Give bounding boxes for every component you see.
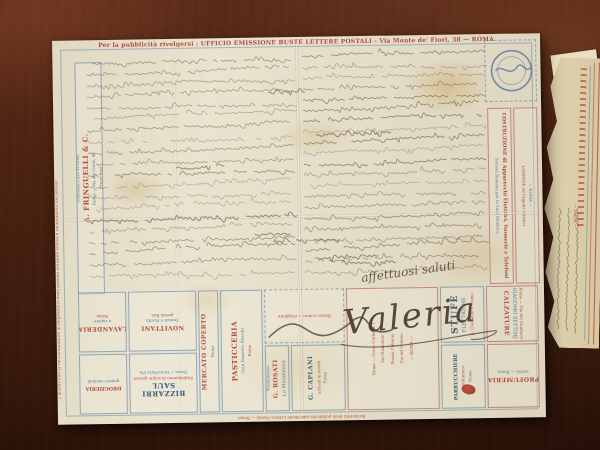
ad-foot: Prezzi fissi <box>99 167 104 189</box>
ad-line2: COSTRUZIONE di Apparecchi Elettrici, Suo… <box>500 113 508 279</box>
ad-title: G. CAPLANI <box>308 356 316 400</box>
ad-sub: Tessuti e Novità <box>146 317 179 322</box>
ad-title: A. FRINGUELLI & C. <box>82 134 91 224</box>
ad-drogheria: DROGHERIA generi coloniali <box>79 354 128 415</box>
ad-fringuelli-content: Premiata Casa di Mode A. FRINGUELLI & C.… <box>75 63 104 293</box>
ad-sub: articoli di novità <box>317 361 322 394</box>
ad-novittani-content: NOVITTANI Tessuti e Novità prezzi fissi <box>129 292 196 351</box>
ad-calzature-content: CALZATURE GIACOMO SETTIMJ Roma — Via del… <box>487 286 538 341</box>
ad-bizzarri-content: BIZZARRI SAUL Stabilimento di acque gazo… <box>130 354 197 413</box>
ad-note: Roma <box>248 345 253 357</box>
ad-sub: Roma — Via del Gambero <box>518 287 523 339</box>
ad-note: E. Clementi — Roma <box>470 293 475 335</box>
directory-line: Via Nazionale <box>381 335 386 363</box>
ad-luce-elettrica: Società Romana per la Luce Elettrica COS… <box>487 108 514 284</box>
ad-coupon: Buono sconto — ritagliare <box>264 288 345 343</box>
ad-title: G. ROSATI <box>273 359 280 398</box>
ad-title: PASTICCERIA <box>231 321 240 381</box>
coupon-note: Buono sconto — ritagliare <box>278 313 331 318</box>
ad-parrucchiere-content: PARRUCCHIERE profumiere Roma <box>442 345 485 408</box>
ad-title: DROGHERIA <box>85 384 121 390</box>
ad-lampade-content: LAMPADE ed Oggetti artistici — ROMA — <box>514 108 539 282</box>
ad-stufe: STUFE ELETTRICHE E. Clementi — Roma <box>440 286 485 343</box>
ad-line3: LAMPADE ed Oggetti artistici <box>520 165 526 226</box>
ad-sub: ELETTRICHE <box>462 297 468 332</box>
ad-profumeria: PROFUMERIA novità — Roma <box>487 343 540 408</box>
ad-rosati: Stabilimento G. ROSATI La Maddalena <box>265 345 290 411</box>
ad-rosati-content: Stabilimento G. ROSATI La Maddalena <box>266 346 289 410</box>
ad-sub: a vapore <box>94 319 112 324</box>
ad-title: PROFUMERIA <box>487 375 539 383</box>
ad-sub: Roma — Via del Corso, 96 <box>92 152 97 205</box>
ad-sub: Gran Deposito Biscotti <box>241 328 246 374</box>
ad-note: Roma <box>468 370 473 382</box>
ad-directory-content: Roma — Corso Umberto I Via Nazionale Pia… <box>347 288 439 409</box>
ad-drogheria-content: DROGHERIA generi coloniali <box>80 355 127 414</box>
ad-sub: generi coloniali <box>88 378 120 383</box>
ad-pasticceria: PASTICCERIA Gran Deposito Biscotti Roma <box>220 290 264 413</box>
ad-lavanderia-content: LAVANDERIA a vapore Roma <box>79 293 126 352</box>
ad-title: CALZATURE <box>501 291 509 336</box>
ad-directory-column: Roma — Corso Umberto I Via Nazionale Pia… <box>346 287 440 410</box>
ad-calzature: CALZATURE GIACOMO SETTIMJ Roma — Via del… <box>486 285 539 342</box>
ad-note: Roma <box>324 372 329 384</box>
ad-novittani: NOVITTANI Tessuti e Novità prezzi fissi <box>128 291 197 352</box>
ad-sub: La Maddalena <box>282 360 288 396</box>
ad-title: STUFE <box>450 295 461 334</box>
ad-sub: Stabilimento di acque gazose <box>134 375 194 381</box>
ad-note: Roma <box>97 313 109 318</box>
ad-mercato-content: MERCATO COPERTO Roma <box>199 291 219 411</box>
ad-parrucchiere: PARRUCCHIERE profumiere Roma <box>441 344 486 409</box>
ad-lavanderia: LAVANDERIA a vapore Roma <box>78 292 127 353</box>
ad-line1: Società Romana per la Luce Elettrica <box>494 158 500 234</box>
directory-line: Via del Tritone <box>400 333 405 363</box>
directory-line: Piazza Colonna <box>390 333 395 364</box>
ad-title: MERCATO COPERTO <box>202 313 210 390</box>
photo-scene: — ROMA — Per la pubblicità rivolgersi : … <box>0 0 600 450</box>
ad-fringuelli: Premiata Casa di Mode A. FRINGUELLI & C.… <box>74 62 105 294</box>
ad-top-note: Premiata Casa di Mode <box>75 155 80 202</box>
ad-note: prezzi fissi <box>151 312 173 317</box>
ad-title: BIZZARRI SAUL <box>130 380 196 397</box>
side-red-border <box>593 63 600 345</box>
ad-sub: novità — Roma <box>498 369 529 374</box>
ad-pasticceria-content: PASTICCERIA Gran Deposito Biscotti Roma <box>221 291 263 412</box>
ad-line4: — ROMA — <box>527 183 532 207</box>
directory-line: Roma — Corso Umberto I <box>371 323 376 375</box>
ad-luce-content: Società Romana per la Luce Elettrica COS… <box>488 109 513 283</box>
ad-name: GIACOMO SETTIMJ <box>510 288 517 339</box>
ad-top: Stabilimento <box>267 366 272 392</box>
ad-coupon-content: Buono sconto — ritagliare <box>265 289 344 342</box>
directory-line: — ROMA — <box>410 336 415 360</box>
postmark-stamp <box>485 40 538 103</box>
ad-lampade: LAMPADE ed Oggetti artistici — ROMA — <box>513 107 540 283</box>
ad-mercato-coperto: MERCATO COPERTO Roma <box>198 290 220 412</box>
ad-profumeria-content: PROFUMERIA novità — Roma <box>488 344 539 407</box>
ad-title: PARRUCCHIERE <box>454 353 460 400</box>
ad-sub: Roma <box>211 346 216 358</box>
stamp-placement-box <box>484 39 537 102</box>
ad-title: LAVANDERIA <box>78 324 127 332</box>
letter-sheet: Per la pubblicità rivolgersi : UFFICIO E… <box>52 33 546 425</box>
ad-stufe-content: STUFE ELETTRICHE E. Clementi — Roma <box>441 287 484 342</box>
ad-bizzarri-saul: BIZZARRI SAUL Stabilimento di acque gazo… <box>129 353 198 414</box>
